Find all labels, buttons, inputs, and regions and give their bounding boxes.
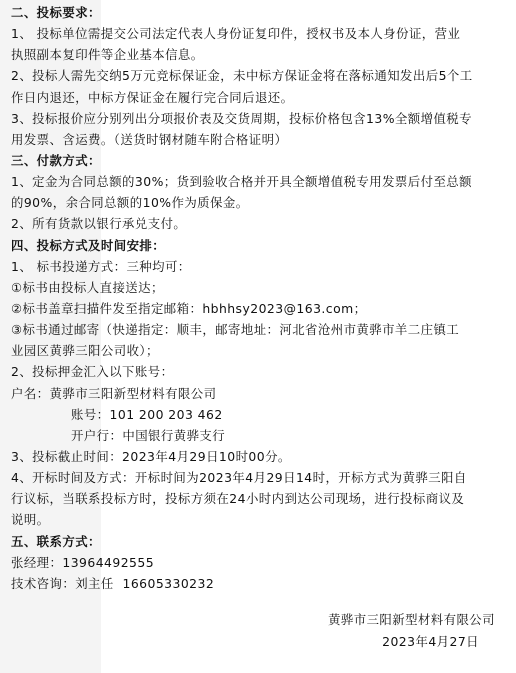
- paragraph-line: 1、定金为合同总额的30%；货到验收合格并开具全额增值税专用发票后付至总额: [11, 171, 511, 192]
- section-heading-bid-method-schedule: 四、投标方式及时间安排：: [11, 235, 511, 256]
- signature-company: 黄骅市三阳新型材料有限公司: [328, 612, 495, 628]
- paragraph-line: ①标书由投标人直接送达；: [11, 277, 511, 298]
- paragraph-line: 行议标，当联系投标方时，投标方须在24小时内到达公司现场，进行投标商议及: [11, 488, 511, 509]
- paragraph-line: 业园区黄骅三阳公司收）；: [11, 340, 511, 361]
- contact-manager-line: 张经理：13964492555: [11, 552, 511, 573]
- signature-date: 2023年4月27日: [382, 634, 479, 650]
- bank-name-line: 开户行：中国银行黄骅支行: [11, 425, 511, 446]
- section-heading-contact: 五、联系方式：: [11, 531, 511, 552]
- paragraph-line: 1、 标书投递方式：三种均可：: [11, 256, 511, 277]
- section-heading-payment-method: 三、付款方式：: [11, 150, 511, 171]
- paragraph-line: 2、投标押金汇入以下账号：: [11, 361, 511, 382]
- account-number-line: 账号：101 200 203 462: [11, 404, 511, 425]
- paragraph-line: 的90%，余合同总额的10%作为质保金。: [11, 192, 511, 213]
- section-heading-bid-requirements: 二、投标要求：: [11, 2, 511, 23]
- paragraph-line: 作日内退还，中标方保证金在履行完合同后退还。: [11, 87, 511, 108]
- paragraph-line: 1、 投标单位需提交公司法定代表人身份证复印件，授权书及本人身份证，营业: [11, 23, 511, 44]
- contact-technical-line: 技术咨询：刘主任 16605330232: [11, 573, 511, 594]
- tender-notice-body: 二、投标要求： 1、 投标单位需提交公司法定代表人身份证复印件，授权书及本人身份…: [11, 2, 511, 594]
- account-name-line: 户名：黄骅市三阳新型材料有限公司: [11, 383, 511, 404]
- paragraph-line: 4、开标时间及方式：开标时间为2023年4月29日14时，开标方式为黄骅三阳自: [11, 467, 511, 488]
- paragraph-line: 执照副本复印件等企业基本信息。: [11, 44, 511, 65]
- paragraph-line: 3、投标报价应分别列出分项报价表及交货周期，投标价格包含13%全额增值税专: [11, 108, 511, 129]
- paragraph-line: 2、投标人需先交纳5万元竞标保证金，未中标方保证金将在落标通知发出后5个工: [11, 65, 511, 86]
- paragraph-line: 3、投标截止时间：2023年4月29日10时00分。: [11, 446, 511, 467]
- paragraph-line: ③标书通过邮寄（快递指定：顺丰，邮寄地址：河北省沧州市黄骅市羊二庄镇工: [11, 319, 511, 340]
- email-line: ②标书盖章扫描件发至指定邮箱：hbhhsy2023@163.com；: [11, 298, 511, 319]
- paragraph-line: 2、所有货款以银行承兑支付。: [11, 213, 511, 234]
- paragraph-line: 说明。: [11, 509, 511, 530]
- paragraph-line: 用发票、含运费。（送货时钢材随车附合格证明）: [11, 129, 511, 150]
